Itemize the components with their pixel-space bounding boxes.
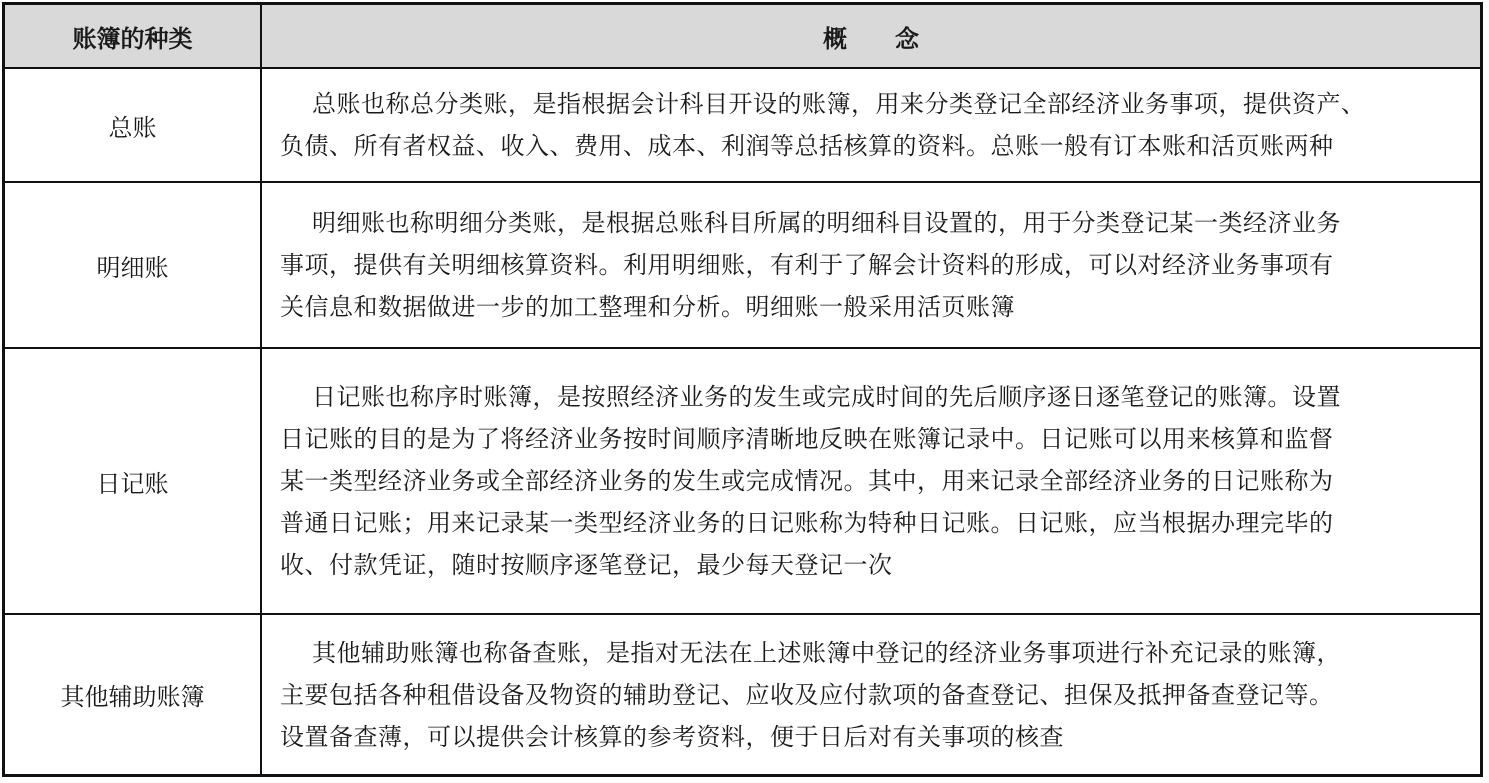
table-header-row: 账簿的种类 概 念 <box>5 5 1480 67</box>
type-cell: 日记账 <box>5 349 262 613</box>
table-row-subsidiary-ledger: 明细账 明细账也称明细分类账，是根据总账科目所属的明细科目设置的，用于分类登记某… <box>5 181 1480 347</box>
concept-cell: 明细账也称明细分类账，是根据总账科目所属的明细科目设置的，用于分类登记某一类经济… <box>262 183 1480 347</box>
concept-line: 日记账的目的是为了将经济业务按时间顺序清晰地反映在账簿记录中。日记账可以用来核算… <box>280 418 1466 460</box>
concept-line: 总账也称总分类账，是指根据会计科目开设的账簿，用来分类登记全部经济业务事项，提供… <box>280 83 1466 125</box>
concept-line: 日记账也称序时账簿，是按照经济业务的发生或完成时间的先后顺序逐日逐笔登记的账簿。… <box>280 376 1466 418</box>
header-concept-label: 概 念 <box>823 19 919 54</box>
type-label: 其他辅助账簿 <box>61 677 205 712</box>
table-row-auxiliary-ledger: 其他辅助账簿 其他辅助账簿也称备查账，是指对无法在上述账簿中登记的经济业务事项进… <box>5 613 1480 774</box>
concept-line: 事项，提供有关明细核算资料。利用明细账，有利于了解会计资料的形成，可以对经济业务… <box>280 244 1466 286</box>
header-cell-type: 账簿的种类 <box>5 5 262 67</box>
concept-line: 其他辅助账簿也称备查账，是指对无法在上述账簿中登记的经济业务事项进行补充记录的账… <box>280 632 1466 674</box>
concept-line: 普通日记账；用来记录某一类型经济业务的日记账称为特种日记账。日记账，应当根据办理… <box>280 502 1466 544</box>
type-cell: 总账 <box>5 69 262 181</box>
concept-line: 设置备查薄，可以提供会计核算的参考资料，便于日后对有关事项的核查 <box>280 716 1466 758</box>
header-cell-concept: 概 念 <box>262 5 1480 67</box>
table-row-general-ledger: 总账 总账也称总分类账，是指根据会计科目开设的账簿，用来分类登记全部经济业务事项… <box>5 67 1480 181</box>
concept-cell: 总账也称总分类账，是指根据会计科目开设的账簿，用来分类登记全部经济业务事项，提供… <box>262 69 1480 181</box>
type-cell: 其他辅助账簿 <box>5 615 262 774</box>
concept-cell: 日记账也称序时账簿，是按照经济业务的发生或完成时间的先后顺序逐日逐笔登记的账簿。… <box>262 349 1480 613</box>
table-row-journal: 日记账 日记账也称序时账簿，是按照经济业务的发生或完成时间的先后顺序逐日逐笔登记… <box>5 347 1480 613</box>
concept-line: 负债、所有者权益、收入、费用、成本、利润等总括核算的资料。总账一般有订本账和活页… <box>280 125 1466 167</box>
concept-line: 主要包括各种租借设备及物资的辅助登记、应收及应付款项的备查登记、担保及抵押备查登… <box>280 674 1466 716</box>
concept-line: 明细账也称明细分类账，是根据总账科目所属的明细科目设置的，用于分类登记某一类经济… <box>280 202 1466 244</box>
type-cell: 明细账 <box>5 183 262 347</box>
concept-line: 某一类型经济业务或全部经济业务的发生或完成情况。其中，用来记录全部经济业务的日记… <box>280 460 1466 502</box>
concept-line: 收、付款凭证，随时按顺序逐笔登记，最少每天登记一次 <box>280 544 1466 586</box>
ledger-types-table: 账簿的种类 概 念 总账 总账也称总分类账，是指根据会计科目开设的账簿，用来分类… <box>2 2 1483 777</box>
concept-cell: 其他辅助账簿也称备查账，是指对无法在上述账簿中登记的经济业务事项进行补充记录的账… <box>262 615 1480 774</box>
concept-line: 关信息和数据做进一步的加工整理和分析。明细账一般采用活页账簿 <box>280 286 1466 328</box>
type-label: 日记账 <box>97 464 169 499</box>
type-label: 明细账 <box>97 248 169 283</box>
header-type-label: 账簿的种类 <box>73 19 193 54</box>
type-label: 总账 <box>109 108 157 143</box>
